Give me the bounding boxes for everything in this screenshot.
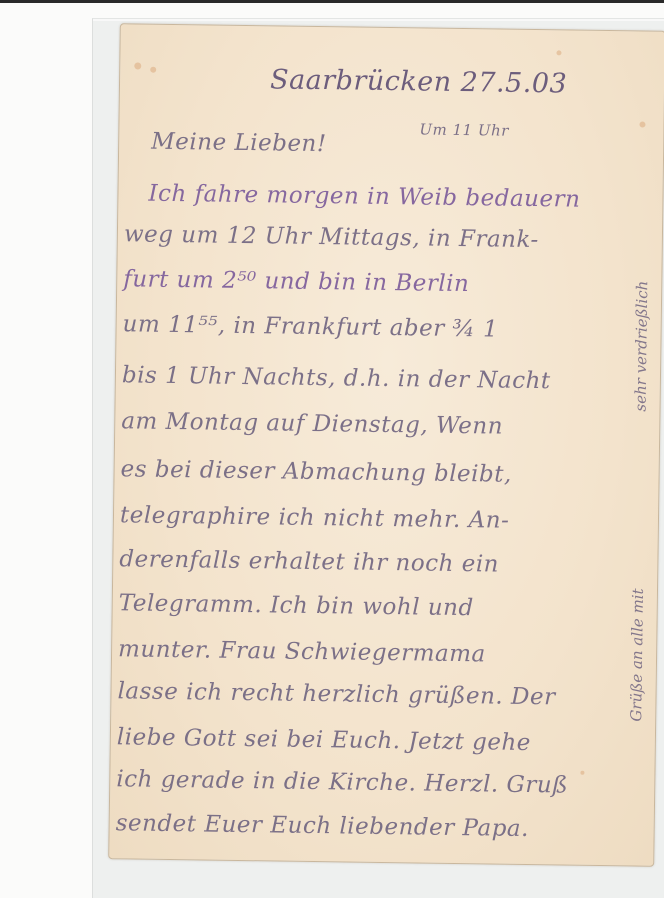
letter-line: telegraphire ich nicht mehr. An-	[120, 502, 510, 533]
letter-line: furt um 2⁵⁰ und bin in Berlin	[123, 266, 469, 297]
scan-top-edge	[0, 0, 664, 3]
time-note: Um 11 Uhr	[419, 120, 509, 139]
foxing-spot	[134, 62, 141, 69]
letter-line: sendet Euer Euch liebender Papa.	[116, 810, 530, 842]
margin-note-lower: Grüße an alle mit	[627, 588, 647, 721]
letter-line: munter. Frau Schwiegermama	[118, 636, 486, 667]
letter-line: Telegramm. Ich bin wohl und	[119, 590, 474, 621]
letter-line: um 11⁵⁵, in Frankfurt aber ¾ 1	[122, 311, 498, 342]
letter-line: am Montag auf Dienstag, Wenn	[121, 408, 503, 439]
letter-line: es bei dieser Abmachung bleibt,	[120, 456, 511, 487]
letter-line: liebe Gott sei bei Euch. Jetzt gehe	[117, 724, 531, 756]
letter-line: bis 1 Uhr Nachts, d.h. in der Nacht	[122, 362, 551, 394]
letter-line: derenfalls erhaltet ihr noch ein	[119, 546, 499, 577]
letter-line: lasse ich recht herzlich grüßen. Der	[117, 678, 555, 710]
letter-line: Ich fahre morgen in Weib bedauern	[148, 181, 580, 213]
margin-note-upper: sehr verdrießlich	[631, 281, 651, 412]
letter-line: weg um 12 Uhr Mittags, in Frank-	[124, 221, 539, 253]
foxing-spot	[580, 771, 584, 775]
letter-line: ich gerade in die Kirche. Herzl. Gruß	[116, 766, 568, 798]
foxing-spot	[556, 50, 561, 55]
salutation: Meine Lieben!	[151, 129, 327, 157]
place-date-header: Saarbrücken 27.5.03	[270, 64, 568, 99]
postcard: Saarbrücken 27.5.03 Um 11 Uhr Meine Lieb…	[108, 23, 664, 867]
foxing-spot	[150, 67, 156, 73]
foxing-spot	[639, 121, 645, 127]
